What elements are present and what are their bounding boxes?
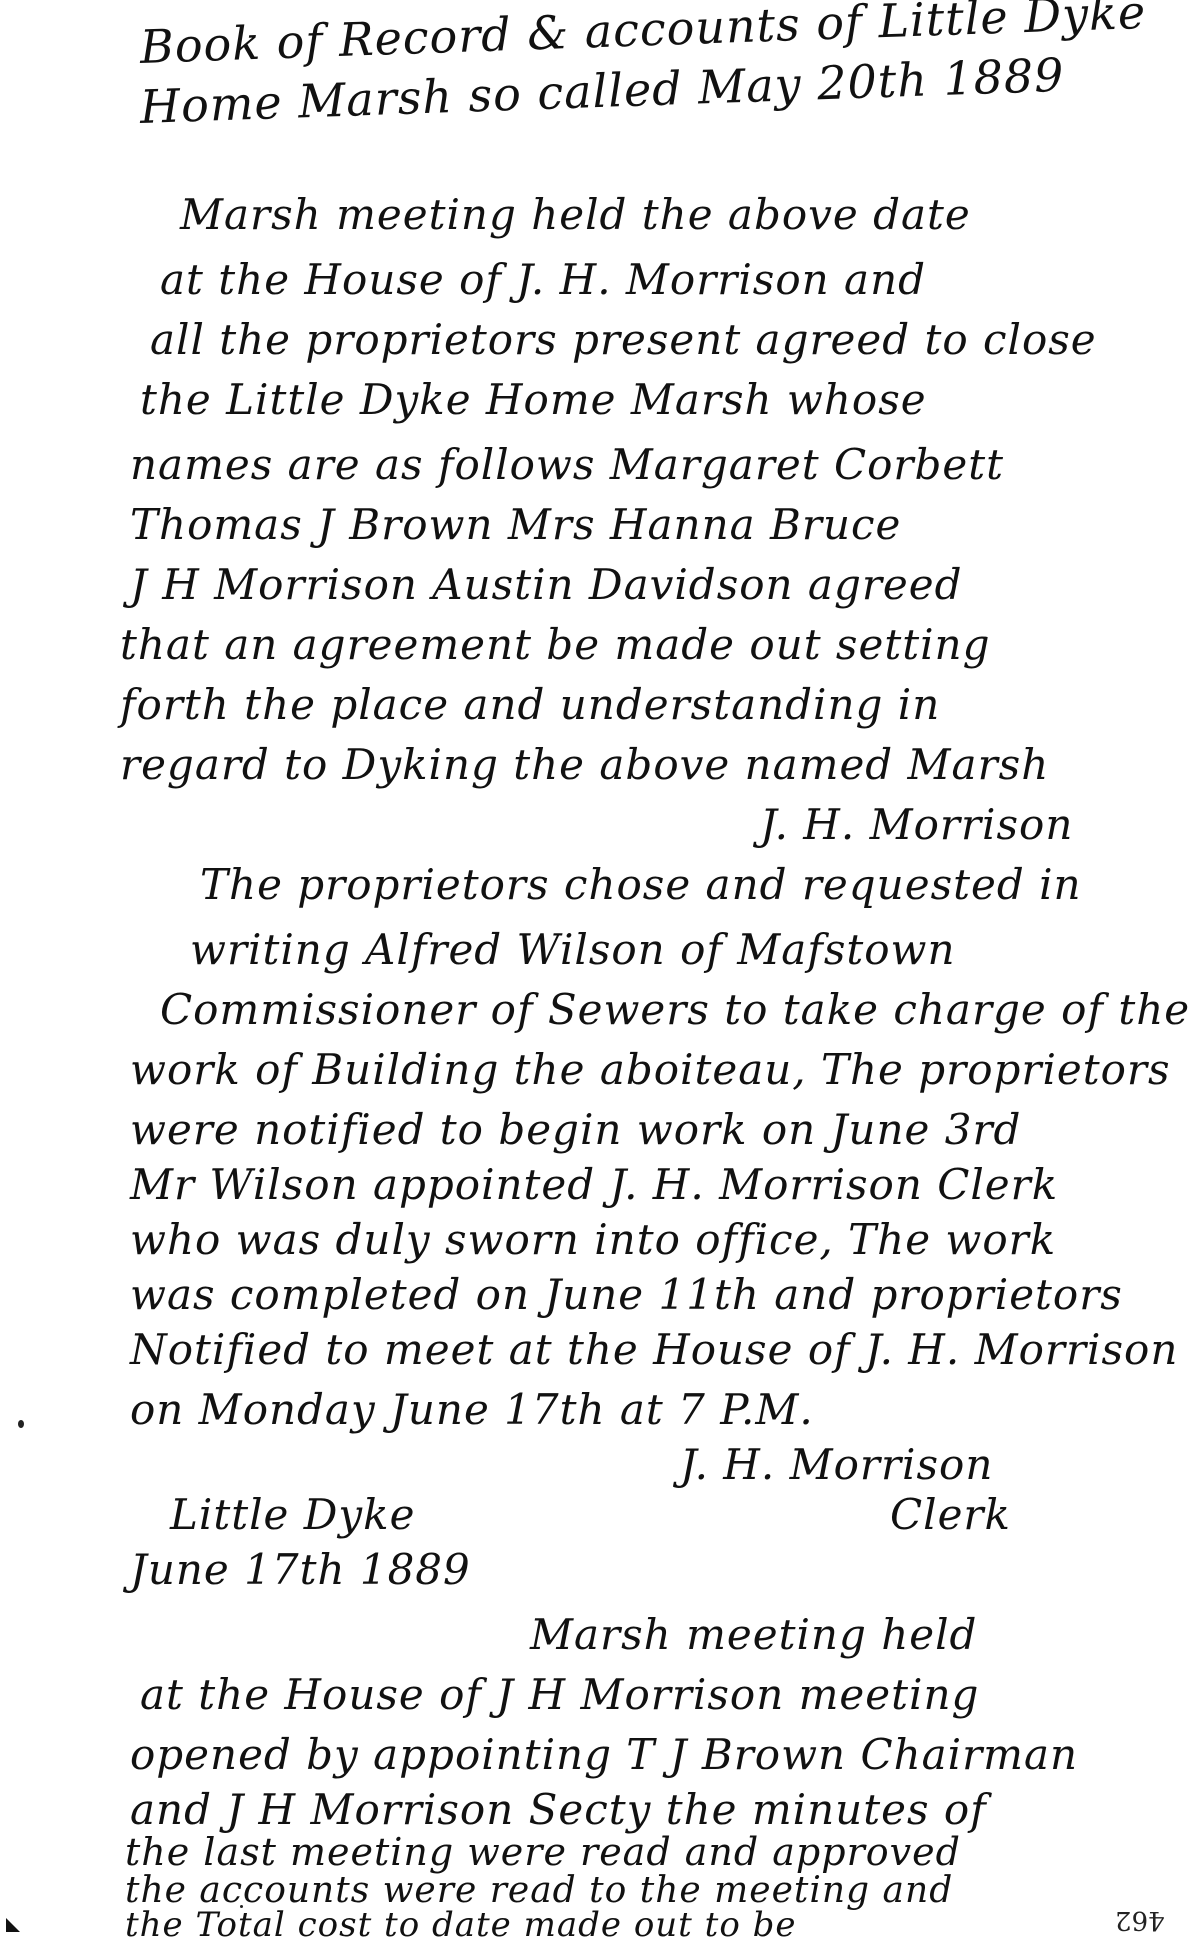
entry2-signature-title: Clerk (890, 1490, 1011, 1539)
entry2-line: who was duly sworn into office, The work (130, 1215, 1056, 1264)
entry1-line: Marsh meeting held the above date (180, 190, 971, 239)
ledger-page: Book of Record & accounts of Little Dyke… (0, 0, 1200, 1950)
entry1-line: at the House of J. H. Morrison and (160, 255, 926, 304)
entry3-line: and J H Morrison Secty the minutes of (130, 1785, 987, 1834)
entry1-signature: J. H. Morrison (760, 800, 1073, 849)
entry2-signature: J. H. Morrison (680, 1440, 993, 1489)
entry2-line: was completed on June 11th and proprieto… (130, 1270, 1123, 1319)
entry3-line: Marsh meeting held (530, 1610, 977, 1659)
ink-speck (240, 1905, 243, 1908)
entry2-line: work of Building the aboiteau, The propr… (130, 1045, 1171, 1094)
entry2-line: Notified to meet at the House of J. H. M… (130, 1325, 1178, 1374)
entry2-line: Mr Wilson appointed J. H. Morrison Clerk (130, 1160, 1058, 1209)
entry1-line: Thomas J Brown Mrs Hanna Bruce (130, 500, 901, 549)
entry2-line: Commissioner of Sewers to take charge of… (160, 985, 1190, 1034)
entry3-line: at the House of J H Morrison meeting (140, 1670, 979, 1719)
entry2-line: were notified to begin work on June 3rd (130, 1105, 1021, 1154)
entry1-line: all the proprietors present agreed to cl… (150, 315, 1097, 364)
page-number: 462 (1115, 1905, 1165, 1935)
entry3-line: the Total cost to date made out to be (125, 1905, 796, 1945)
entry3-line: the last meeting were read and approved (125, 1830, 961, 1874)
entry2-line: The proprietors chose and requested in (200, 860, 1082, 909)
entry1-line: forth the place and understanding in (120, 680, 940, 729)
entry1-line: that an agreement be made out setting (120, 620, 990, 669)
ink-speck (18, 1420, 24, 1428)
entry2-line: writing Alfred Wilson of Mafstown (190, 925, 956, 974)
entry3-place: Little Dyke (170, 1490, 415, 1539)
entry3-line: opened by appointing T J Brown Chairman (130, 1730, 1078, 1779)
entry2-line: on Monday June 17th at 7 P.M. (130, 1385, 814, 1434)
entry1-line: names are as follows Margaret Corbett (130, 440, 1004, 489)
entry1-line: regard to Dyking the above named Marsh (120, 740, 1049, 789)
entry1-line: J H Morrison Austin Davidson agreed (130, 560, 963, 609)
entry3-date: June 17th 1889 (130, 1545, 471, 1594)
page-corner-mark (6, 1918, 20, 1932)
entry1-line: the Little Dyke Home Marsh whose (140, 375, 927, 424)
